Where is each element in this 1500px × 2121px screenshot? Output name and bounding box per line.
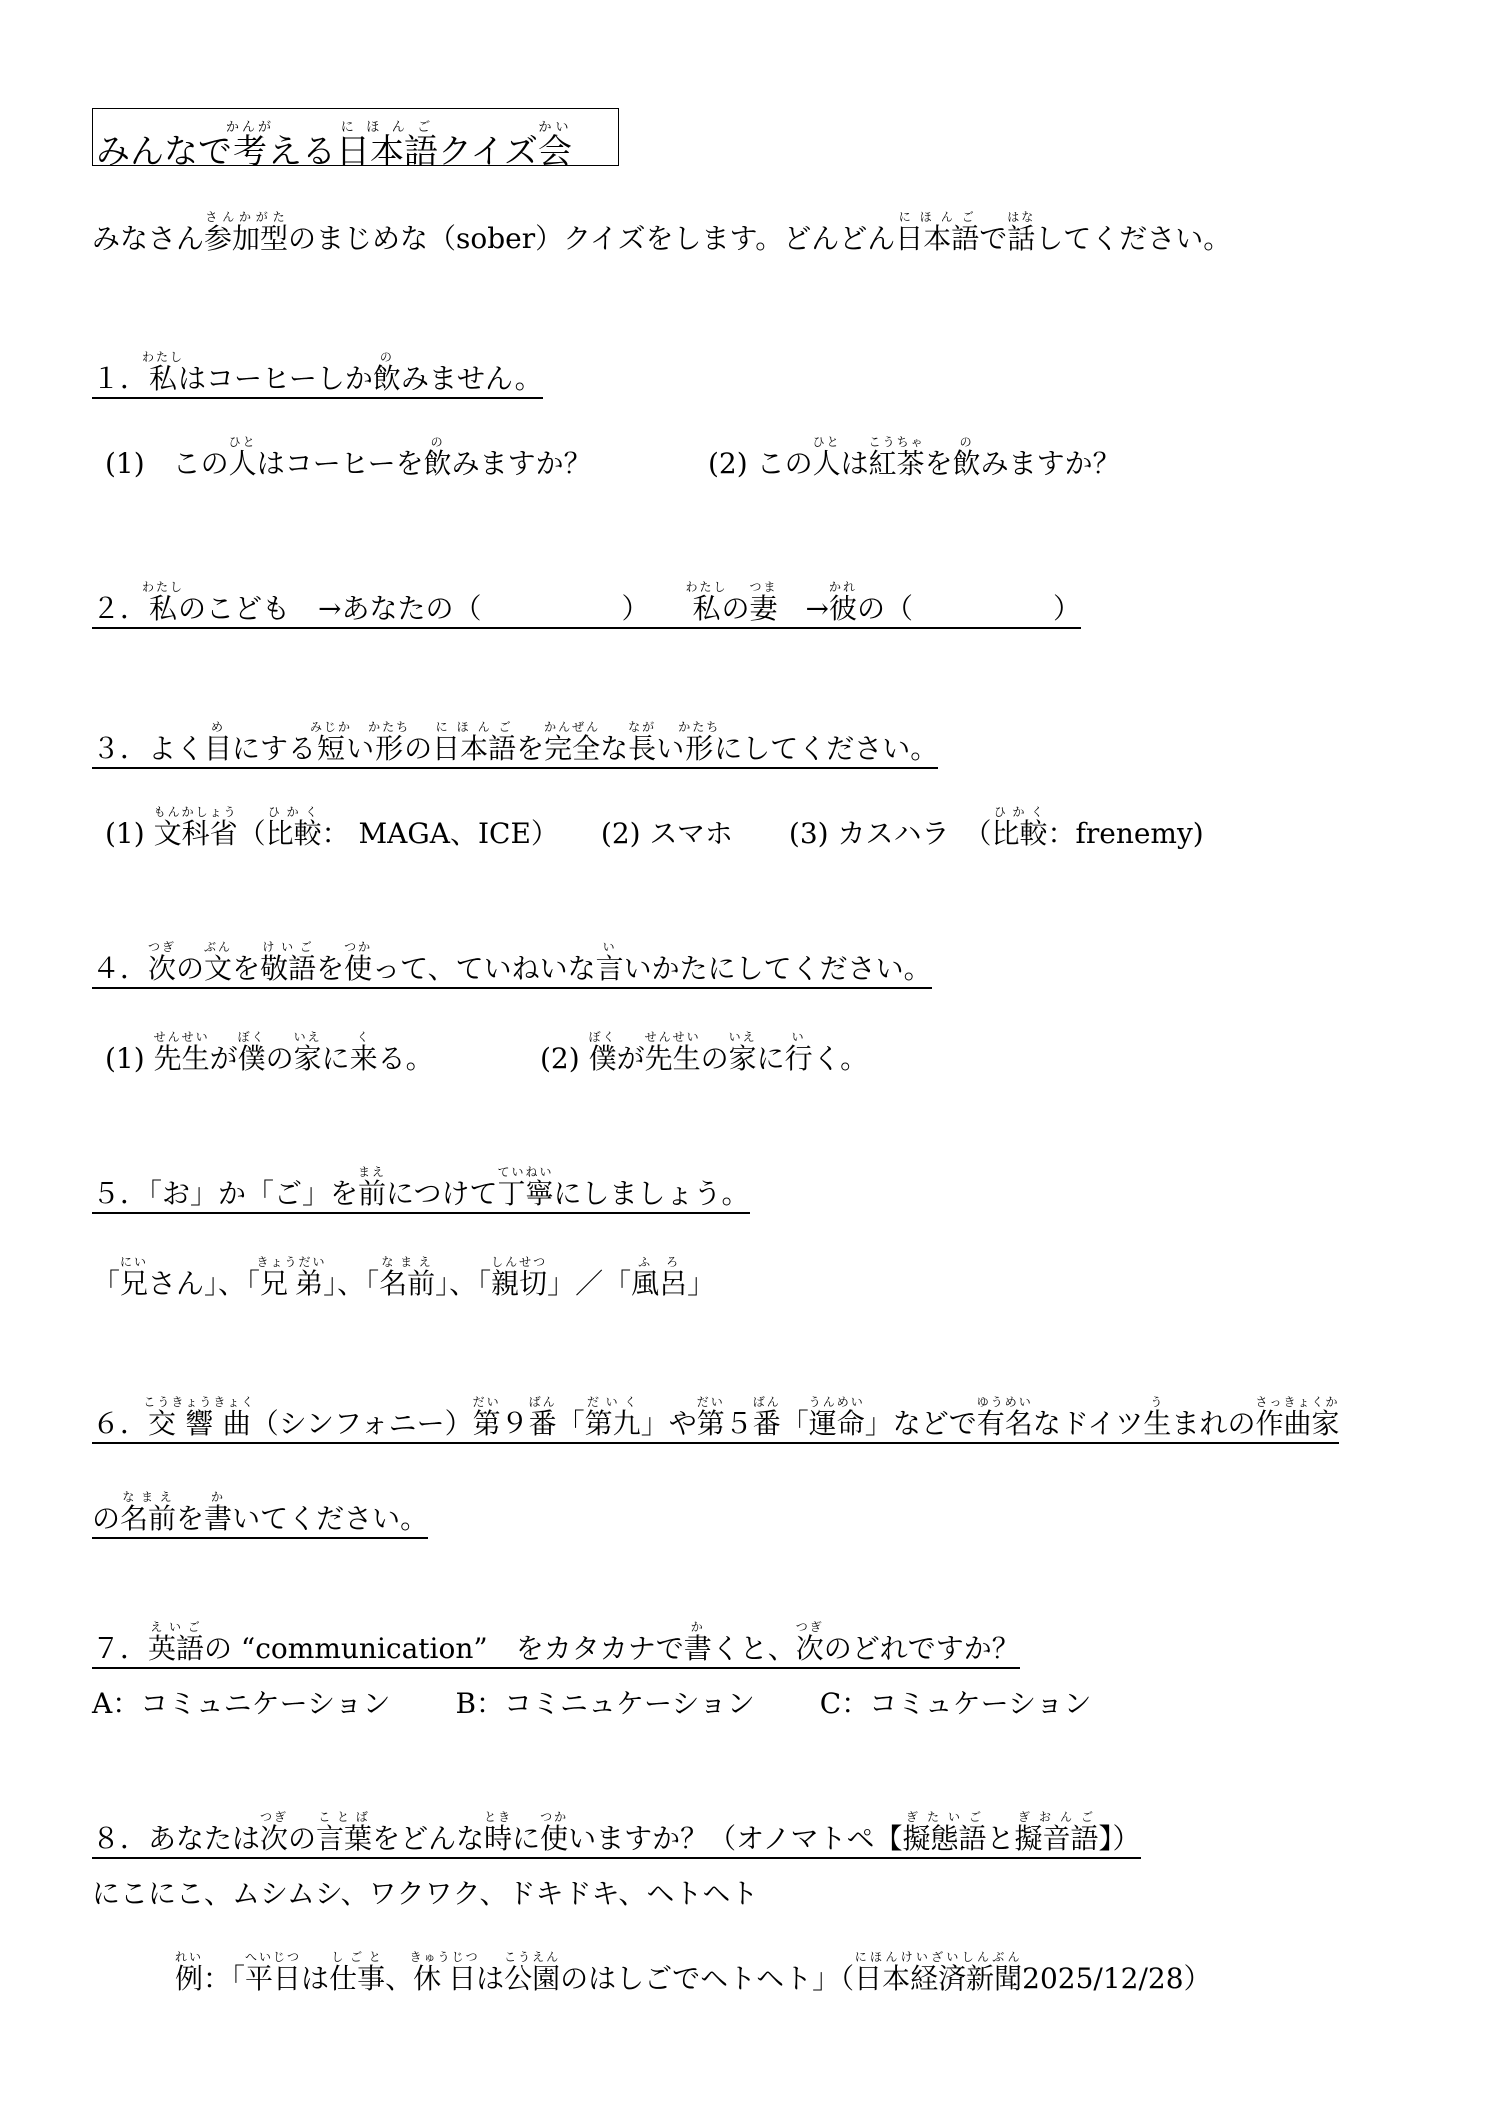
ruby-word: 使つか bbox=[344, 952, 372, 985]
ruby-word: 家いえ bbox=[294, 1042, 322, 1075]
ruby-word: 番ばん bbox=[529, 1407, 557, 1440]
ruby-word: 会かい bbox=[538, 132, 572, 172]
ruby-word: 比較ひかく bbox=[266, 817, 322, 850]
ruby-word: 親切しんせつ bbox=[491, 1267, 547, 1300]
ruby-word: 仕事しごと bbox=[329, 1962, 385, 1995]
question-4-sub-1: (1) 先生せんせいが僕ぼくの家いえに来くる。 bbox=[105, 1030, 434, 1073]
ruby-word: 時とき bbox=[484, 1822, 512, 1855]
ruby-word: 前まえ bbox=[358, 1177, 386, 1210]
ruby-word: 言い bbox=[596, 952, 624, 985]
ruby-word: 日本語にほんご bbox=[432, 732, 516, 765]
page-title: みんなで考かんがえる日本語にほんごクイズ会かい bbox=[96, 120, 572, 173]
ruby-word: 交響曲こうきょうきょく bbox=[148, 1407, 251, 1440]
question-1-sub-2: (2) この人ひとは紅茶こうちゃを飲のみますか？ bbox=[708, 435, 1121, 478]
ruby-word: 妻つま bbox=[750, 592, 778, 625]
ruby-word: 先生せんせい bbox=[645, 1042, 701, 1075]
ruby-word: 第だい bbox=[473, 1407, 501, 1440]
ruby-word: 書か bbox=[204, 1502, 232, 1535]
ruby-word: 第九だいく bbox=[585, 1407, 641, 1440]
ruby-word: 番ばん bbox=[753, 1407, 781, 1440]
question-6-heading-line-2: の名前なまえを書かいてください。 bbox=[92, 1490, 428, 1539]
question-2-heading: ２．私わたしのこども →あなたの（ ） 私わたしの妻つま →彼かれの（ ） bbox=[92, 580, 1081, 629]
ruby-word: 人ひと bbox=[229, 447, 257, 480]
ruby-word: 風呂ふろ bbox=[631, 1267, 687, 1300]
ruby-word: 次つぎ bbox=[148, 952, 176, 985]
ruby-word: 運命うんめい bbox=[809, 1407, 865, 1440]
ruby-word: 来く bbox=[350, 1042, 378, 1075]
ruby-word: 完全かんぜん bbox=[544, 732, 600, 765]
ruby-word: 有名ゆうめい bbox=[977, 1407, 1033, 1440]
ruby-word: 僕ぼく bbox=[238, 1042, 266, 1075]
ruby-word: 目め bbox=[204, 732, 232, 765]
ruby-word: 形かたち bbox=[684, 732, 714, 765]
question-1-heading: １．私わたしはコーヒーしか飲のみません。 bbox=[92, 350, 543, 399]
question-5-words: 「兄にいさん」、「兄弟きょうだい」、「名前なまえ」、「親切しんせつ」／「風呂ふろ… bbox=[92, 1255, 715, 1298]
ruby-word: 参加型さんかがた bbox=[204, 222, 288, 255]
question-5-heading: ５．「お」か「ご」を前まえにつけて丁寧ていねいにしましょう。 bbox=[92, 1165, 750, 1214]
ruby-word: 兄にい bbox=[120, 1267, 148, 1300]
ruby-word: 家いえ bbox=[729, 1042, 757, 1075]
ruby-word: 先生せんせい bbox=[154, 1042, 210, 1075]
ruby-word: 例れい bbox=[175, 1962, 203, 1995]
ruby-word: 作曲家さっきょくか bbox=[1255, 1407, 1339, 1440]
ruby-word: 次つぎ bbox=[796, 1632, 824, 1665]
ruby-word: 公園こうえん bbox=[504, 1962, 560, 1995]
ruby-word: 兄弟きょうだい bbox=[260, 1267, 323, 1300]
question-8-words: にこにこ、ムシムシ、ワクワク、ドキドキ、ヘトヘト bbox=[92, 1880, 758, 1908]
ruby-word: 人ひと bbox=[813, 447, 841, 480]
intro-text: みなさん参加型さんかがたのまじめな（sober）クイズをします。どんどん日本語に… bbox=[92, 210, 1231, 253]
ruby-word: 言葉ことば bbox=[316, 1822, 372, 1855]
ruby-word: 話はな bbox=[1007, 222, 1035, 255]
ruby-word: 平日へいじつ bbox=[245, 1962, 301, 1995]
question-3-heading: ３．よく目めにする短みじかい形かたちの日本語にほんごを完全かんぜんな長ながい形か… bbox=[92, 720, 938, 769]
ruby-word: 英語えいご bbox=[148, 1632, 204, 1665]
ruby-word: 紅茶こうちゃ bbox=[869, 447, 925, 480]
ruby-word: 使つか bbox=[540, 1822, 568, 1855]
ruby-word: 形かたち bbox=[374, 732, 404, 765]
ruby-word: 考かんが bbox=[232, 132, 268, 172]
question-7-options: A：コミュニケーション B：コミニュケーション C：コミュケーション bbox=[92, 1690, 1092, 1718]
ruby-word: 行い bbox=[785, 1042, 813, 1075]
ruby-word: 名前なまえ bbox=[120, 1502, 176, 1535]
ruby-word: 書か bbox=[684, 1632, 712, 1665]
ruby-word: 僕ぼく bbox=[589, 1042, 617, 1075]
ruby-word: 長なが bbox=[628, 732, 656, 765]
ruby-word: 文ぶん bbox=[204, 952, 232, 985]
ruby-word: 私わたし bbox=[692, 592, 722, 625]
ruby-word: 日本語にほんご bbox=[895, 222, 979, 255]
ruby-word: 擬態語ぎたいご bbox=[902, 1822, 986, 1855]
ruby-word: 敬語けいご bbox=[260, 952, 316, 985]
ruby-word: 飲の bbox=[953, 447, 981, 480]
ruby-word: 第だい bbox=[697, 1407, 725, 1440]
ruby-word: 文科省もんかしょう bbox=[154, 817, 238, 850]
question-4-sub-2: (2) 僕ぼくが先生せんせいの家いえに行いく。 bbox=[540, 1030, 868, 1073]
question-1-sub-1: (1) この人ひとはコーヒーを飲のみますか？ bbox=[105, 435, 592, 478]
question-7-heading: ７．英語えいごの “communication” をカタカナで書かくと、次つぎの… bbox=[92, 1620, 1020, 1669]
ruby-word: 日本経済新聞にほんけいざいしんぶん bbox=[854, 1962, 1022, 1995]
question-4-heading: ４．次つぎの文ぶんを敬語けいごを使つかって、ていねいな言いいかたにしてください。 bbox=[92, 940, 932, 989]
ruby-word: 短みじか bbox=[316, 732, 346, 765]
ruby-word: 名前なまえ bbox=[379, 1267, 435, 1300]
ruby-word: 飲の bbox=[373, 362, 401, 395]
ruby-word: 比較ひかく bbox=[991, 817, 1047, 850]
ruby-word: 私わたし bbox=[148, 362, 178, 395]
question-8-heading: ８．あなたは次つぎの言葉ことばをどんな時ときに使つかいますか？（オノマトペ【擬態… bbox=[92, 1810, 1141, 1859]
ruby-word: 次つぎ bbox=[260, 1822, 288, 1855]
ruby-word: 飲の bbox=[424, 447, 452, 480]
ruby-word: 丁寧ていねい bbox=[497, 1177, 553, 1210]
ruby-word: 私わたし bbox=[148, 592, 178, 625]
question-6-heading-line-1: ６．交響曲こうきょうきょく（シンフォニー）第だい９番ばん「第九だいく」や第だい５… bbox=[92, 1395, 1339, 1444]
ruby-word: 生う bbox=[1143, 1407, 1171, 1440]
ruby-word: 彼かれ bbox=[829, 592, 857, 625]
ruby-word: 休日きゅうじつ bbox=[413, 1962, 476, 1995]
ruby-word: 擬音語ぎおんご bbox=[1014, 1822, 1098, 1855]
question-8-example: 例れい：「平日へいじつは仕事しごと、休日きゅうじつは公園こうえんのはしごでヘトヘ… bbox=[175, 1950, 1212, 1993]
question-3-items: (1) 文科省もんかしょう（比較ひかく： MAGA、ICE） (2) スマホ (… bbox=[105, 805, 1204, 848]
ruby-word: 日本語にほんご bbox=[336, 132, 438, 172]
